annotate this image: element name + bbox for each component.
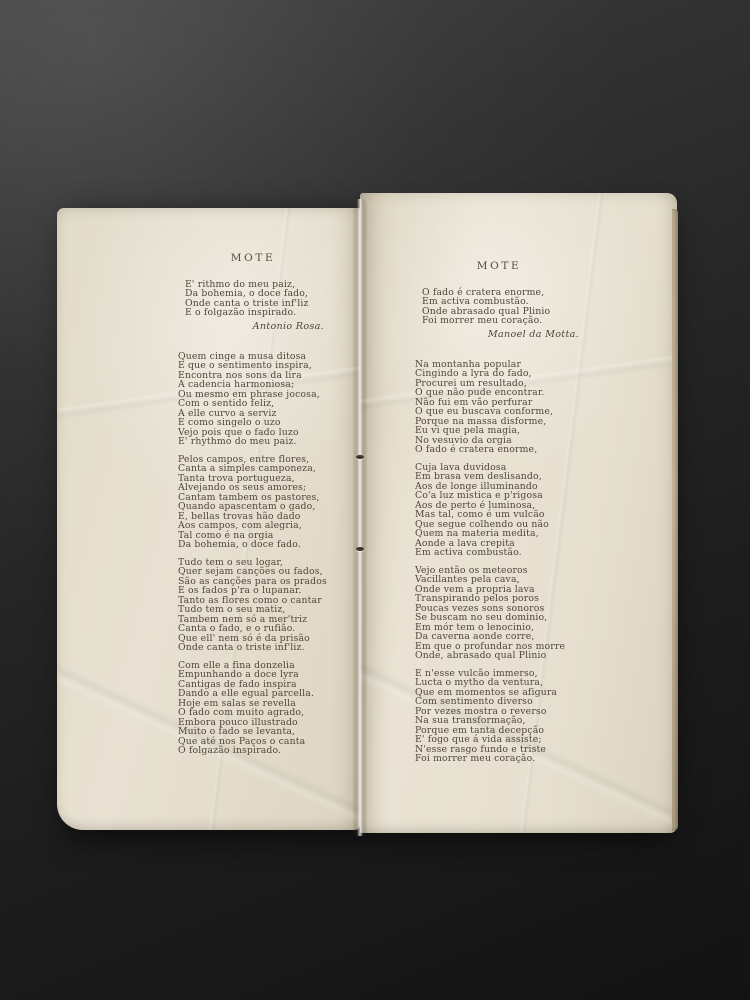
stitch-hole-bottom bbox=[356, 547, 364, 551]
right-author-signature: Manoel da Motta. bbox=[415, 329, 579, 340]
left-page-heading: MOTE bbox=[178, 252, 328, 264]
right-mote-verse: O fado é cratera enorme, Em activa combu… bbox=[422, 288, 583, 326]
right-stanza-1: Na montanha popular Cingindo a lyra do f… bbox=[415, 360, 583, 455]
right-page: MOTE O fado é cratera enorme, Em activa … bbox=[360, 193, 677, 833]
right-page-heading: MOTE bbox=[415, 260, 583, 272]
right-stanza-2: Cuja lava duvidosa Em brasa vem deslisan… bbox=[415, 463, 583, 558]
left-stanza-2: Pelos campos, entre flores, Canta a simp… bbox=[178, 455, 328, 550]
page-edge-strip bbox=[672, 209, 678, 831]
left-page-text-block: MOTE E' rithmo do meu paiz, Da bohemia, … bbox=[57, 208, 328, 756]
left-stanza-1: Quem cinge a musa ditosa E que o sentime… bbox=[178, 352, 328, 447]
left-stanza-4: Com elle a fina donzelia Empunhando a do… bbox=[178, 661, 328, 756]
center-fold bbox=[353, 199, 367, 836]
right-stanza-4: E n'esse vulcão immerso, Lucta o mytho d… bbox=[415, 669, 583, 764]
left-author-signature: Antonio Rosa. bbox=[178, 321, 324, 332]
open-booklet: MOTE E' rithmo do meu paiz, Da bohemia, … bbox=[57, 193, 677, 836]
right-page-text-block: MOTE O fado é cratera enorme, Em activa … bbox=[360, 193, 583, 764]
right-stanza-3: Vejo então os meteoros Vacillantes pela … bbox=[415, 566, 583, 661]
left-mote-verse: E' rithmo do meu paiz, Da bohemia, o doc… bbox=[185, 280, 328, 318]
left-page: MOTE E' rithmo do meu paiz, Da bohemia, … bbox=[57, 208, 360, 830]
stitch-hole-top bbox=[356, 455, 364, 459]
left-stanza-3: Tudo tem o seu logar, Quer sejam canções… bbox=[178, 558, 328, 653]
photo-background: MOTE E' rithmo do meu paiz, Da bohemia, … bbox=[0, 0, 750, 1000]
